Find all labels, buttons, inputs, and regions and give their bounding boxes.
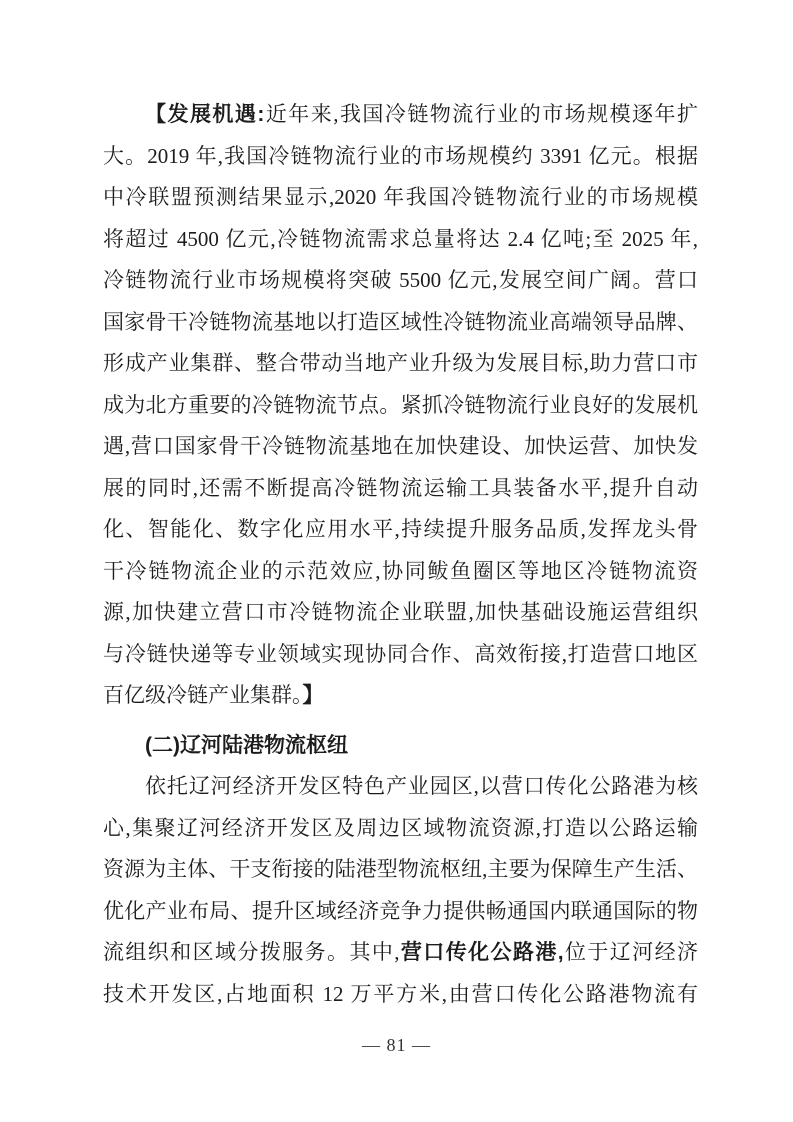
text-line: 形成产业集群、整合带动当地产业升级为发展目标,助力营口市 [103, 343, 698, 385]
text-line: 优化产业布局、提升区域经济竞争力提供畅通国内联通国际的物 [103, 891, 698, 933]
text-line: 技术开发区,占地面积 12 万平方米,由营口传化公路港物流有 [103, 974, 698, 1016]
body-text-run: 优化产业布局、提升区域经济竞争力提供畅通国内联通国际的物 [103, 899, 698, 923]
body-text-run: 展的同时,还需不断提高冷链物流运输工具装备水平,提升自动 [103, 476, 698, 500]
body-text-run: 中冷联盟预测结果显示,2020 年我国冷链物流行业的市场规模 [103, 185, 698, 209]
text-line: 中冷联盟预测结果显示,2020 年我国冷链物流行业的市场规模 [103, 177, 698, 219]
body-text-run: 依托辽河经济开发区特色产业园区,以营口传化公路港为核 [145, 774, 698, 798]
section-heading: (二)辽河陆港物流枢纽 [103, 725, 698, 767]
body-text-run: 与冷链快递等专业领域实现协同合作、高效衔接,打造营口地区 [103, 642, 698, 666]
body-text-run: 冷链物流行业市场规模将突破 5500 亿元,发展空间广阔。营口 [103, 268, 698, 292]
paragraph: 【发展机遇:近年来,我国冷链物流行业的市场规模逐年扩大。2019 年,我国冷链物… [103, 94, 698, 717]
body-text-run: 资源为主体、干支衔接的陆港型物流枢纽,主要为保障生产生活、 [103, 857, 698, 881]
page-number: — 81 — [362, 1035, 431, 1055]
text-line: 源,加快建立营口市冷链物流企业联盟,加快基础设施运营组织 [103, 592, 698, 634]
body-text-run: 化、智能化、数字化应用水平,持续提升服务品质,发挥龙头骨 [103, 517, 698, 541]
text-line: 将超过 4500 亿元,冷链物流需求总量将达 2.4 亿吨;至 2025 年, [103, 219, 698, 261]
body-text-run: 成为北方重要的冷链物流节点。紧抓冷链物流行业良好的发展机 [103, 393, 698, 417]
body-text-run: 源,加快建立营口市冷链物流企业联盟,加快基础设施运营组织 [103, 600, 698, 624]
page-footer: — 81 — [0, 1033, 793, 1057]
body-text-run: 技术开发区,占地面积 12 万平方米,由营口传化公路港物流有 [103, 982, 698, 1006]
body-text-run: 国家骨干冷链物流基地以打造区域性冷链物流业高端领导品牌、 [103, 310, 698, 334]
text-line: 【发展机遇:近年来,我国冷链物流行业的市场规模逐年扩 [103, 94, 698, 136]
text-line: 大。2019 年,我国冷链物流行业的市场规模约 3391 亿元。根据 [103, 136, 698, 178]
bold-text-run: 】 [303, 684, 324, 707]
body-text-run: 将超过 4500 亿元,冷链物流需求总量将达 2.4 亿吨;至 2025 年, [103, 227, 698, 251]
text-line: 百亿级冷链产业集群。】 [103, 675, 698, 717]
body-text-run: 大。2019 年,我国冷链物流行业的市场规模约 3391 亿元。根据 [103, 144, 698, 168]
text-line: 与冷链快递等专业领域实现协同合作、高效衔接,打造营口地区 [103, 634, 698, 676]
text-line: 遇,营口国家骨干冷链物流基地在加快建设、加快运营、加快发 [103, 426, 698, 468]
text-line: 资源为主体、干支衔接的陆港型物流枢纽,主要为保障生产生活、 [103, 849, 698, 891]
text-line: 国家骨干冷链物流基地以打造区域性冷链物流业高端领导品牌、 [103, 302, 698, 344]
body-text-run: 心,集聚辽河经济开发区及周边区域物流资源,打造以公路运输 [103, 816, 698, 840]
body-text-run: 遇,营口国家骨干冷链物流基地在加快建设、加快运营、加快发 [103, 434, 698, 458]
text-line: 冷链物流行业市场规模将突破 5500 亿元,发展空间广阔。营口 [103, 260, 698, 302]
text-line: 依托辽河经济开发区特色产业园区,以营口传化公路港为核 [103, 766, 698, 808]
body-text-run: 百亿级冷链产业集群。 [103, 683, 303, 707]
body-text-run: 流组织和区域分拨服务。其中, [103, 940, 400, 964]
text-line: 心,集聚辽河经济开发区及周边区域物流资源,打造以公路运输 [103, 808, 698, 850]
body-text-run: 干冷链物流企业的示范效应,协同鲅鱼圈区等地区冷链物流资 [103, 559, 698, 583]
paragraph: 依托辽河经济开发区特色产业园区,以营口传化公路港为核心,集聚辽河经济开发区及周边… [103, 766, 698, 1015]
text-line: 成为北方重要的冷链物流节点。紧抓冷链物流行业良好的发展机 [103, 385, 698, 427]
text-line: 化、智能化、数字化应用水平,持续提升服务品质,发挥龙头骨 [103, 509, 698, 551]
document-content: 【发展机遇:近年来,我国冷链物流行业的市场规模逐年扩大。2019 年,我国冷链物… [103, 94, 698, 1015]
body-text-run: 形成产业集群、整合带动当地产业升级为发展目标,助力营口市 [103, 351, 698, 375]
document-page: 【发展机遇:近年来,我国冷链物流行业的市场规模逐年扩大。2019 年,我国冷链物… [0, 0, 793, 1122]
text-line: 展的同时,还需不断提高冷链物流运输工具装备水平,提升自动 [103, 468, 698, 510]
text-line: 干冷链物流企业的示范效应,协同鲅鱼圈区等地区冷链物流资 [103, 551, 698, 593]
body-text-run: 位于辽河经济 [564, 940, 698, 964]
body-text-run: 近年来,我国冷链物流行业的市场规模逐年扩 [264, 102, 698, 126]
bold-text-run: 【发展机遇: [145, 103, 264, 126]
bold-text-run: 营口传化公路港, [400, 941, 564, 964]
text-line: 流组织和区域分拨服务。其中,营口传化公路港,位于辽河经济 [103, 932, 698, 974]
